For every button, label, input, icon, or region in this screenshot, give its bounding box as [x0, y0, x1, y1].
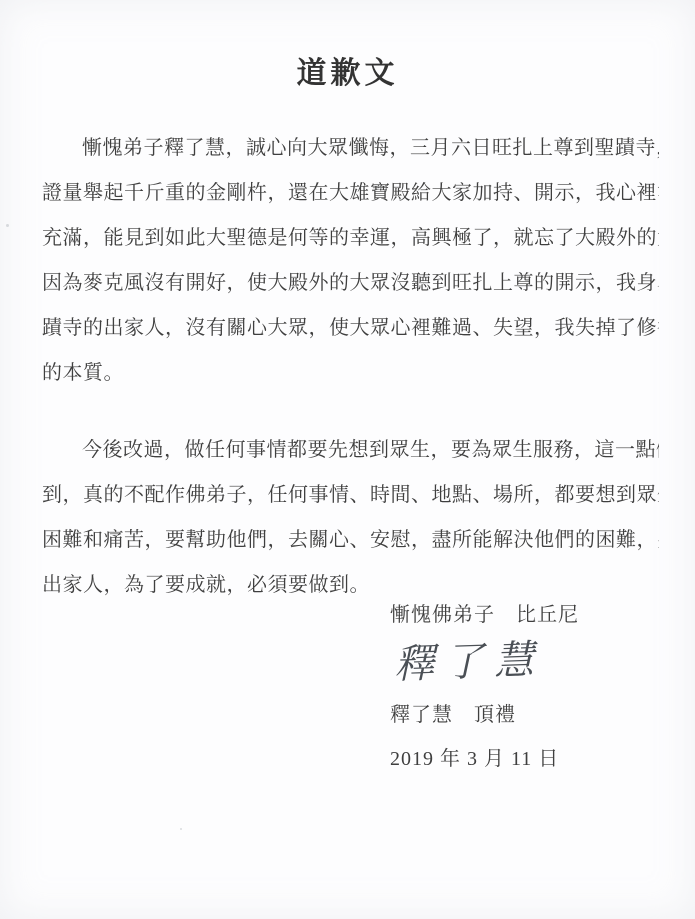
document-title: 道歉文 — [0, 0, 695, 92]
text-line: 蹟寺的出家人，沒有關心大眾，使大眾心裡難過、失望，我失掉了修行人 — [42, 306, 659, 351]
text-line: 到，真的不配作佛弟子，任何事情、時間、地點、場所，都要想到眾生的 — [42, 473, 659, 518]
document-body: 慚愧弟子釋了慧，誠心向大眾懺悔，三月六日旺扎上尊到聖蹟寺，顯 證量舉起千斤重的金… — [42, 126, 659, 608]
paragraph-2: 今後改過，做任何事情都要先想到眾生，要為眾生服務，這一點做不 到，真的不配作佛弟… — [42, 428, 659, 608]
scan-speck — [180, 828, 182, 830]
text-line: 今後改過，做任何事情都要先想到眾生，要為眾生服務，這一點做不 — [42, 428, 659, 473]
paragraph-1: 慚愧弟子釋了慧，誠心向大眾懺悔，三月六日旺扎上尊到聖蹟寺，顯 證量舉起千斤重的金… — [42, 126, 659, 396]
signer-role-line: 慚愧佛弟子 比丘尼 — [390, 600, 680, 630]
text-line: 因為麥克風沒有開好，使大殿外的大眾沒聽到旺扎上尊的開示，我身為聖 — [42, 261, 659, 306]
text-line: 困難和痛苦，要幫助他們，去關心、安慰，盡所能解決他們的困難，身為 — [42, 518, 659, 563]
date-line: 2019 年 3 月 11 日 — [390, 744, 680, 774]
signature-block: 慚愧佛弟子 比丘尼 釋了慧 釋了慧 頂禮 2019 年 3 月 11 日 — [390, 600, 680, 774]
printed-name-line: 釋了慧 頂禮 — [390, 700, 680, 730]
scan-speck — [6, 224, 9, 227]
text-line: 慚愧弟子釋了慧，誠心向大眾懺悔，三月六日旺扎上尊到聖蹟寺，顯 — [42, 126, 659, 171]
handwritten-signature: 釋了慧 — [393, 626, 681, 694]
text-line: 證量舉起千斤重的金剛杵，還在大雄寶殿給大家加持、開示，我心裡法喜 — [42, 171, 659, 216]
text-line: 充滿，能見到如此大聖德是何等的幸運，高興極了，就忘了大殿外的大眾， — [42, 216, 659, 261]
scanned-document-page: 道歉文 慚愧弟子釋了慧，誠心向大眾懺悔，三月六日旺扎上尊到聖蹟寺，顯 證量舉起千… — [0, 0, 695, 919]
text-line: 的本質。 — [42, 351, 659, 396]
